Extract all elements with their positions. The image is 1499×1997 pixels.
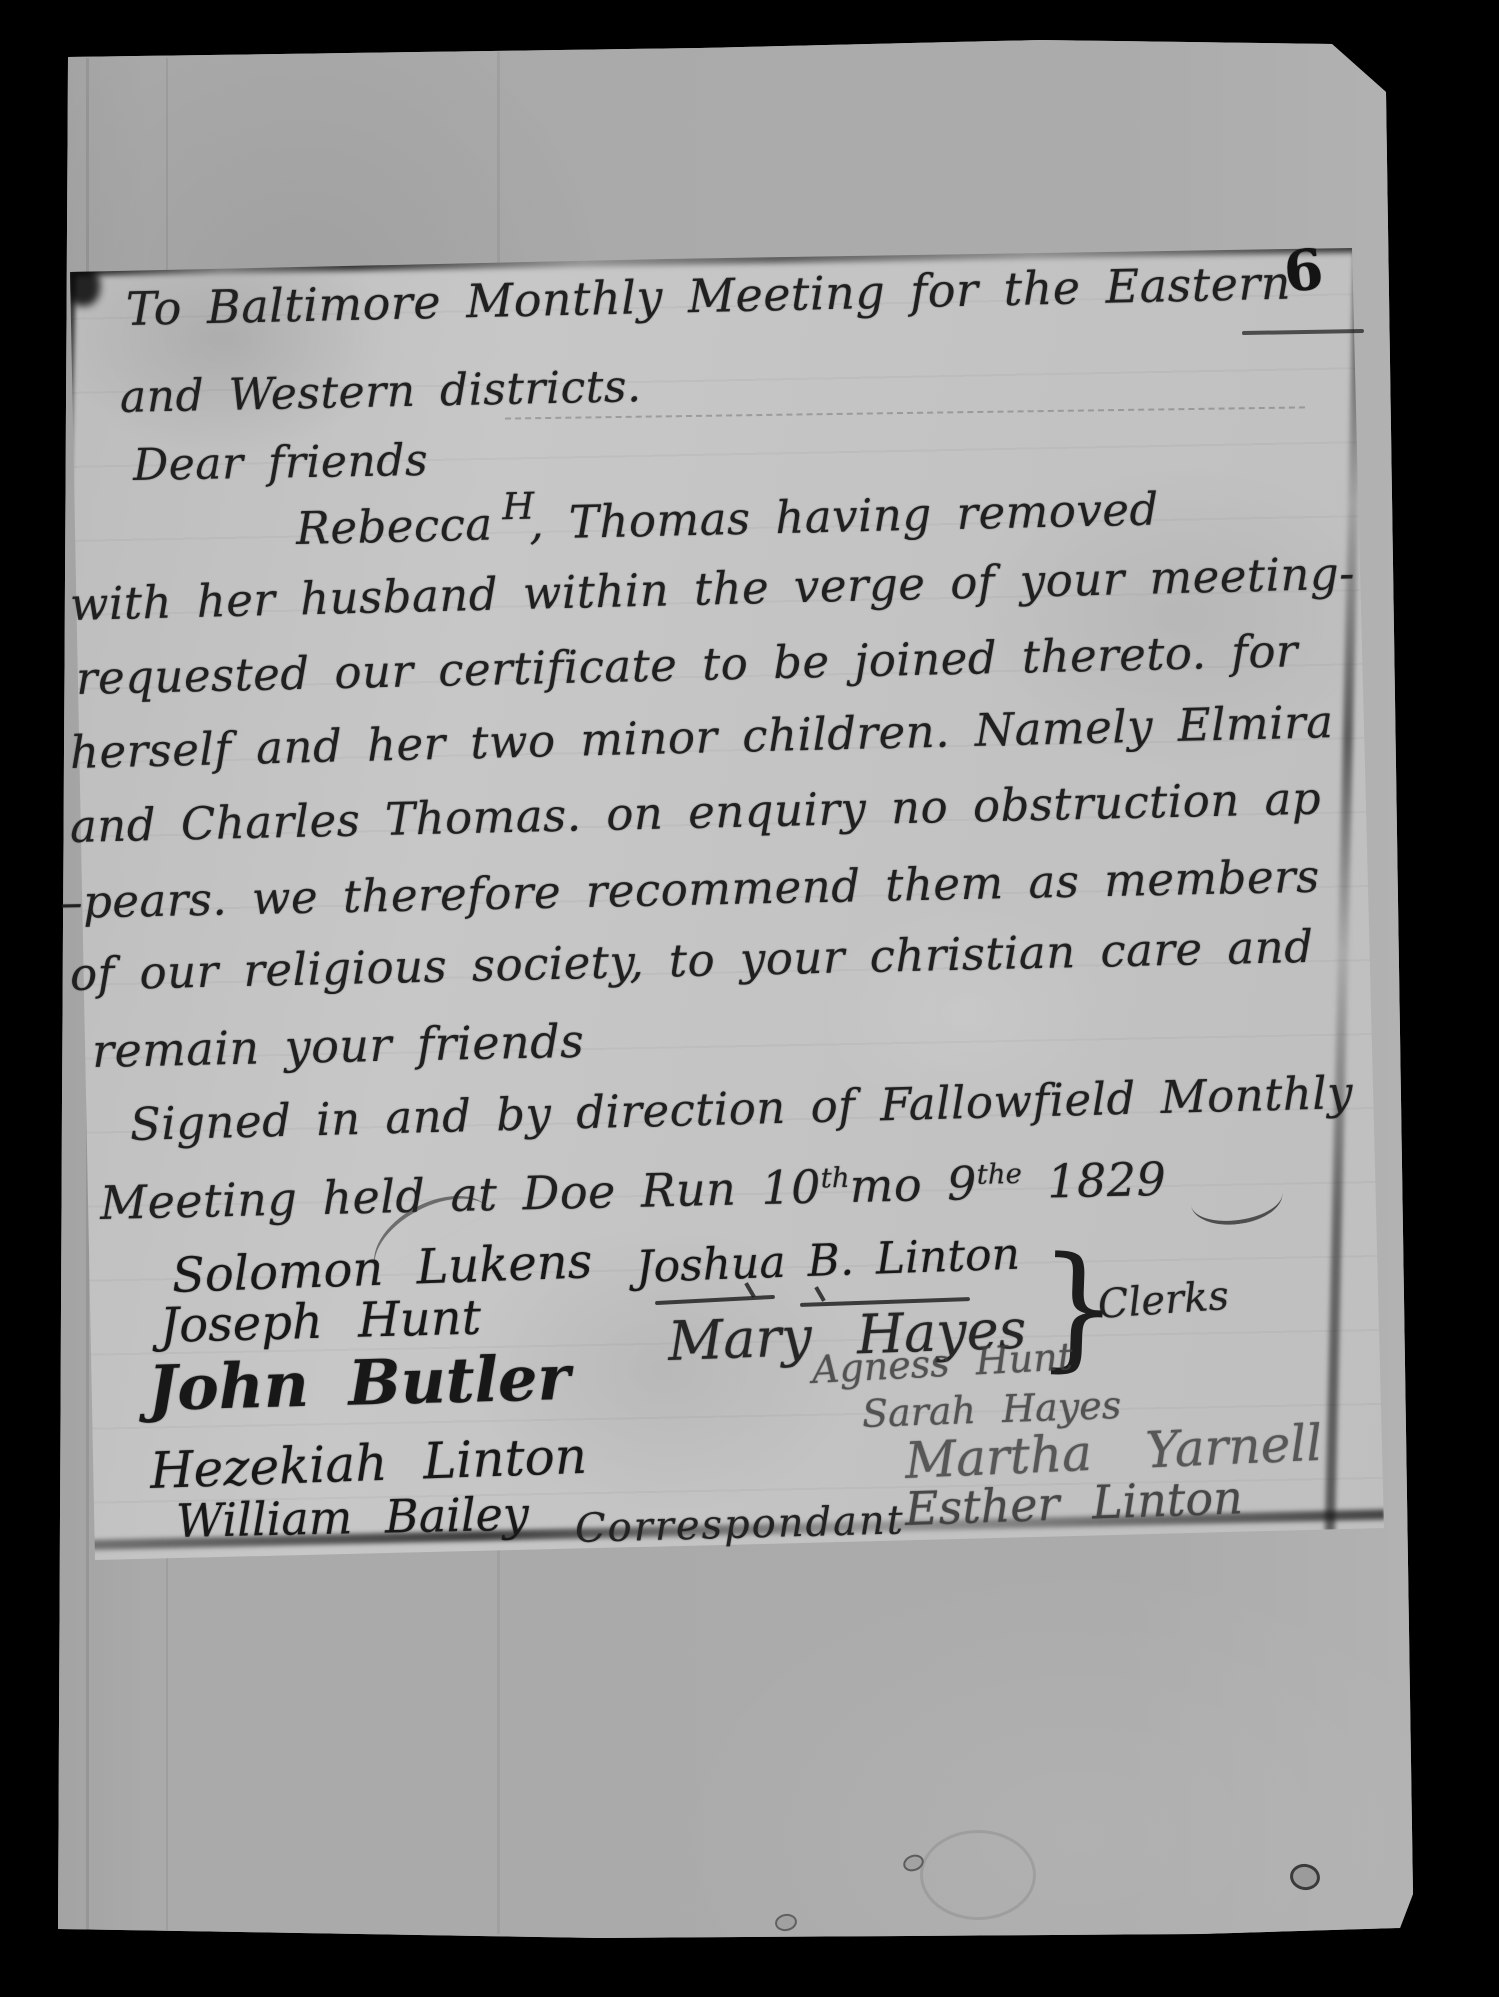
date-year: 1829 [1021,1152,1166,1209]
date-superscript-2: the [976,1157,1022,1191]
scanned-page: { "doc": { "page_number": "6", "lines": … [0,0,1499,1997]
clerk-label: Clerks [1096,1273,1230,1328]
correspondent-label: Correspondant [574,1497,905,1552]
letter-greeting: Dear friends [133,435,429,491]
signature-william-bailey: William Bailey [175,1487,529,1548]
letter-line-body-8: remain your friends [91,1014,584,1078]
date-superscript-1: th [820,1161,850,1195]
body-1-name: Rebecca [295,498,493,555]
ink-blot [66,266,100,306]
date-mid: mo 9 [849,1156,977,1213]
signature-john-butler: John Butler [147,1341,571,1425]
letter-line-address-2: and Western districts. [119,361,642,423]
inserted-initial: H [502,484,536,528]
